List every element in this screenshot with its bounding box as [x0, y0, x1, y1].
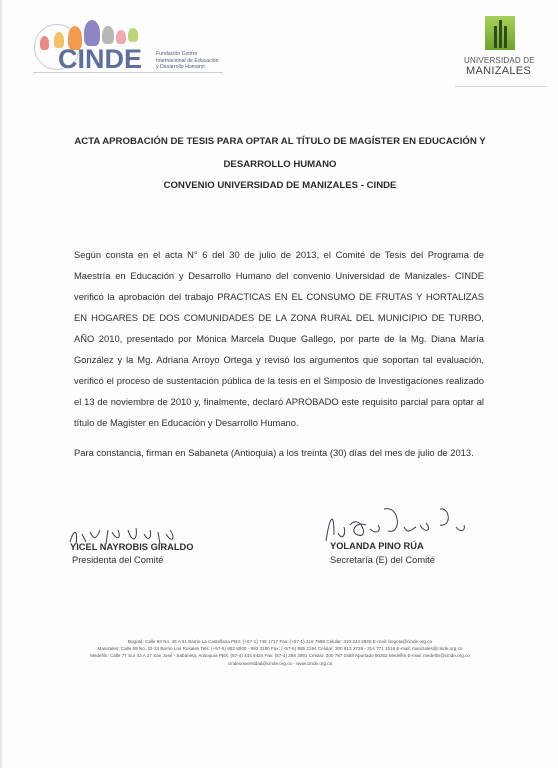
- document-page: CINDE Fundación Centro Internacional de …: [0, 0, 558, 768]
- scan-edge: [0, 0, 2, 768]
- footer-line-bogota: Bogotá: Calle 93 No. 45 A 31 Barrio La C…: [20, 638, 540, 645]
- signer-role: Presidenta del Comité: [72, 555, 163, 565]
- cinde-logo: CINDE Fundación Centro Internacional de …: [30, 18, 230, 68]
- cinde-wordmark: CINDE: [58, 44, 142, 75]
- header-rule-left: [33, 72, 223, 73]
- footer-line-manizales: Manizales: Calle 59 No. 22-24 Barrio Los…: [20, 645, 540, 652]
- signature-block-president: YICEL NAYROBIS GIRALDO Presidenta del Co…: [66, 520, 256, 580]
- signer-name: YOLANDA PINO RÚA: [330, 541, 424, 551]
- header-rule-right: [455, 86, 547, 87]
- signer-role: Secretaría (E) del Comité: [330, 555, 435, 565]
- university-name-line1: UNIVERSIDAD DE: [464, 56, 535, 65]
- signature-block-secretary: YOLANDA PINO RÚA Secretaría (E) del Comi…: [330, 505, 510, 575]
- document-subtitle: CONVENIO UNIVERSIDAD DE MANIZALES - CIND…: [60, 180, 500, 191]
- body-paragraph: Según consta en el acta N° 6 del 30 de j…: [74, 244, 484, 433]
- university-name-line2: MANIZALES: [466, 65, 531, 77]
- document-title-line1: ACTA APROBACIÓN DE TESIS PARA OPTAR AL T…: [60, 136, 500, 147]
- cinde-subtitle: Fundación Centro Internacional de Educac…: [156, 51, 219, 71]
- cinde-subtitle-line: y Desarrollo Humano: [156, 64, 219, 71]
- footer-line-web: cindeuniversidad@cinde.org.co - www.cind…: [20, 660, 540, 667]
- handwritten-signature-icon: [320, 505, 500, 545]
- universidad-manizales-logo: UNIVERSIDAD DE MANIZALES: [452, 14, 552, 84]
- footer-line-medellin: Medellín: Calle 77 Sur 43 A 27 San José …: [20, 652, 540, 659]
- footer-contact-info: Bogotá: Calle 93 No. 45 A 31 Barrio La C…: [20, 638, 540, 667]
- closing-statement: Para constancia, firman en Sabaneta (Ant…: [74, 447, 494, 458]
- document-title-line2: DESARROLLO HUMANO: [60, 159, 500, 170]
- university-emblem-icon: [485, 16, 515, 50]
- signer-name: YICEL NAYROBIS GIRALDO: [70, 542, 193, 552]
